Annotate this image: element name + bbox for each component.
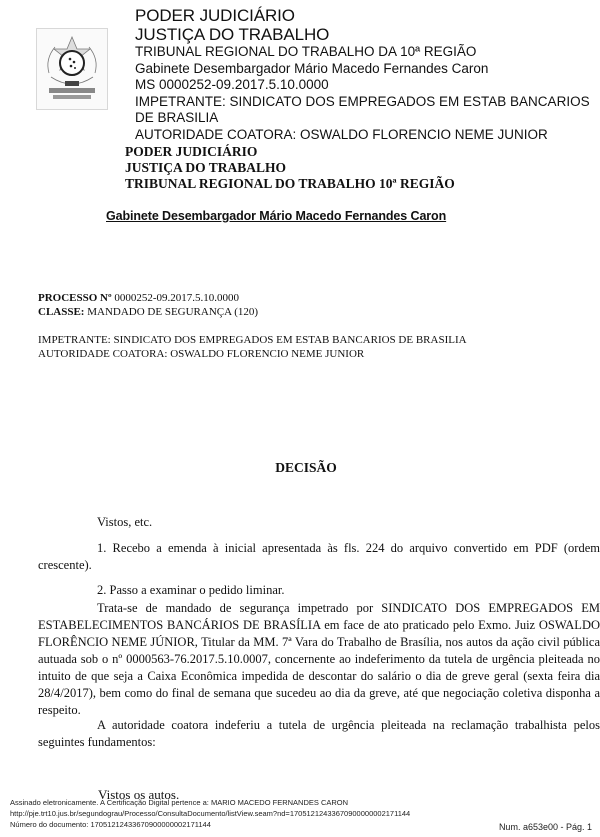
autoridade-line: AUTORIDADE COATORA: OSWALDO FLORENCIO NE… <box>38 347 467 361</box>
court-header: PODER JUDICIÁRIO JUSTIÇA DO TRABALHO TRI… <box>125 144 455 192</box>
document-url[interactable]: http://pje.trt10.jus.br/segundograu/Proc… <box>10 808 410 819</box>
process-class-label: CLASSE: <box>38 306 84 318</box>
header-line-autoridade: AUTORIDADE COATORA: OSWALDO FLORENCIO NE… <box>135 127 590 144</box>
page-number: Num. a653e00 - Pág. 1 <box>499 822 592 832</box>
process-number-label: PROCESSO Nº <box>38 292 112 304</box>
decision-title: DECISÃO <box>0 460 600 476</box>
paragraph-item-1: 1. Recebo a emenda à inicial apresentada… <box>38 540 600 574</box>
coat-of-arms-seal <box>36 28 108 110</box>
paragraph-item-2: 2. Passo a examinar o pedido liminar. <box>38 582 600 599</box>
court-header-line2: JUSTIÇA DO TRABALHO <box>125 160 455 176</box>
paragraph-fundamentos: A autoridade coatora indeferiu a tutela … <box>38 717 600 751</box>
paragraph-vistos: Vistos, etc. <box>38 514 600 531</box>
document-header: PODER JUDICIÁRIO JUSTIÇA DO TRABALHO TRI… <box>135 6 590 143</box>
court-header-line3: TRIBUNAL REGIONAL DO TRABALHO 10ª REGIÃO <box>125 176 455 192</box>
document-number: Número do documento: 1705121243367090000… <box>10 819 211 830</box>
parties-info: IMPETRANTE: SINDICATO DOS EMPREGADOS EM … <box>38 333 467 361</box>
header-line-impetrante: IMPETRANTE: SINDICATO DOS EMPREGADOS EM … <box>135 94 590 111</box>
header-line-ms-number: MS 0000252-09.2017.5.10.0000 <box>135 77 590 94</box>
digital-signature-note: Assinado eletronicamente. A Certificação… <box>10 797 348 808</box>
court-header-line1: PODER JUDICIÁRIO <box>125 144 455 160</box>
header-line-impetrante-cont: DE BRASILIA <box>135 110 590 127</box>
process-info: PROCESSO Nº 0000252-09.2017.5.10.0000 CL… <box>38 291 258 319</box>
header-line-labor-court: JUSTIÇA DO TRABALHO <box>135 25 590 44</box>
header-line-gabinete: Gabinete Desembargador Mário Macedo Fern… <box>135 61 590 78</box>
process-class-row: CLASSE: MANDADO DE SEGURANÇA (120) <box>38 305 258 319</box>
brazil-coat-of-arms-icon <box>37 29 107 109</box>
paragraph-facts: Trata-se de mandado de segurança impetra… <box>38 600 600 719</box>
impetrante-line: IMPETRANTE: SINDICATO DOS EMPREGADOS EM … <box>38 333 467 347</box>
process-number-value: 0000252-09.2017.5.10.0000 <box>112 292 239 304</box>
process-number-row: PROCESSO Nº 0000252-09.2017.5.10.0000 <box>38 291 258 305</box>
header-line-tribunal: TRIBUNAL REGIONAL DO TRABALHO DA 10ª REG… <box>135 44 590 61</box>
header-line-judiciary: PODER JUDICIÁRIO <box>135 6 590 25</box>
gabinete-title: Gabinete Desembargador Mário Macedo Fern… <box>106 209 446 223</box>
process-class-value: MANDADO DE SEGURANÇA (120) <box>84 306 258 318</box>
